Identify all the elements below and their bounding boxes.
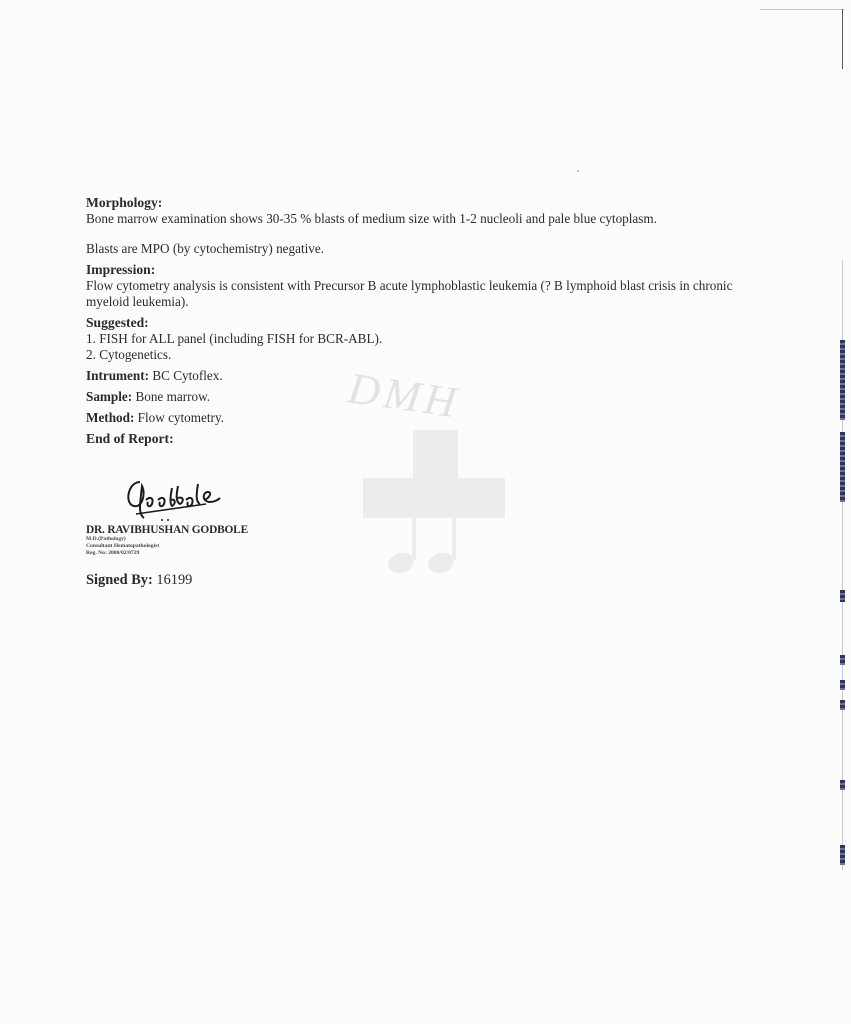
impression-text: Flow cytometry analysis is consistent wi… — [86, 278, 756, 310]
cross-icon — [363, 478, 505, 518]
signer-title: Consultant Hematopathologist — [86, 543, 248, 550]
method-value: Flow cytometry. — [138, 410, 224, 425]
paper-speck — [577, 170, 579, 172]
sample-value: Bone marrow. — [135, 389, 210, 404]
suggested-item: 2. Cytogenetics. — [86, 347, 776, 363]
signer-block: DR. RAVIBHUSHAN GODBOLE M.D.(Pathology) … — [86, 524, 248, 557]
signed-by-value: 16199 — [156, 572, 192, 588]
mpo-text: Blasts are MPO (by cytochemistry) negati… — [86, 241, 776, 257]
end-of-report: End of Report: — [86, 431, 776, 447]
music-note-icon — [412, 515, 416, 560]
signed-by-label: Signed By: — [86, 572, 153, 588]
music-note-icon — [425, 549, 456, 577]
binding-thread — [840, 260, 845, 870]
signature-image — [118, 474, 228, 524]
music-note-icon — [385, 549, 416, 577]
page-edge — [842, 9, 843, 69]
instrument-field: Intrument: BC Cytoflex. — [86, 368, 776, 384]
method-label: Method: — [86, 410, 134, 425]
impression-heading: Impression: — [86, 262, 776, 278]
signer-reg: Reg. No: 2000/02/0729 — [86, 550, 248, 557]
music-note-icon — [452, 515, 456, 560]
instrument-label: Intrument: — [86, 368, 149, 383]
suggested-item: 1. FISH for ALL panel (including FISH fo… — [86, 331, 776, 347]
method-field: Method: Flow cytometry. — [86, 410, 776, 426]
sample-field: Sample: Bone marrow. — [86, 389, 776, 405]
signer-degree: M.D.(Pathology) — [86, 536, 248, 543]
suggested-heading: Suggested: — [86, 315, 776, 331]
morphology-heading: Morphology: — [86, 195, 776, 211]
sample-label: Sample: — [86, 389, 132, 404]
page-edge — [760, 9, 844, 10]
instrument-value: BC Cytoflex. — [152, 368, 222, 383]
signed-by: Signed By: 16199 — [86, 572, 192, 589]
report-body: Morphology: Bone marrow examination show… — [86, 195, 776, 447]
morphology-text: Bone marrow examination shows 30-35 % bl… — [86, 211, 776, 227]
signer-name: DR. RAVIBHUSHAN GODBOLE — [86, 524, 248, 536]
